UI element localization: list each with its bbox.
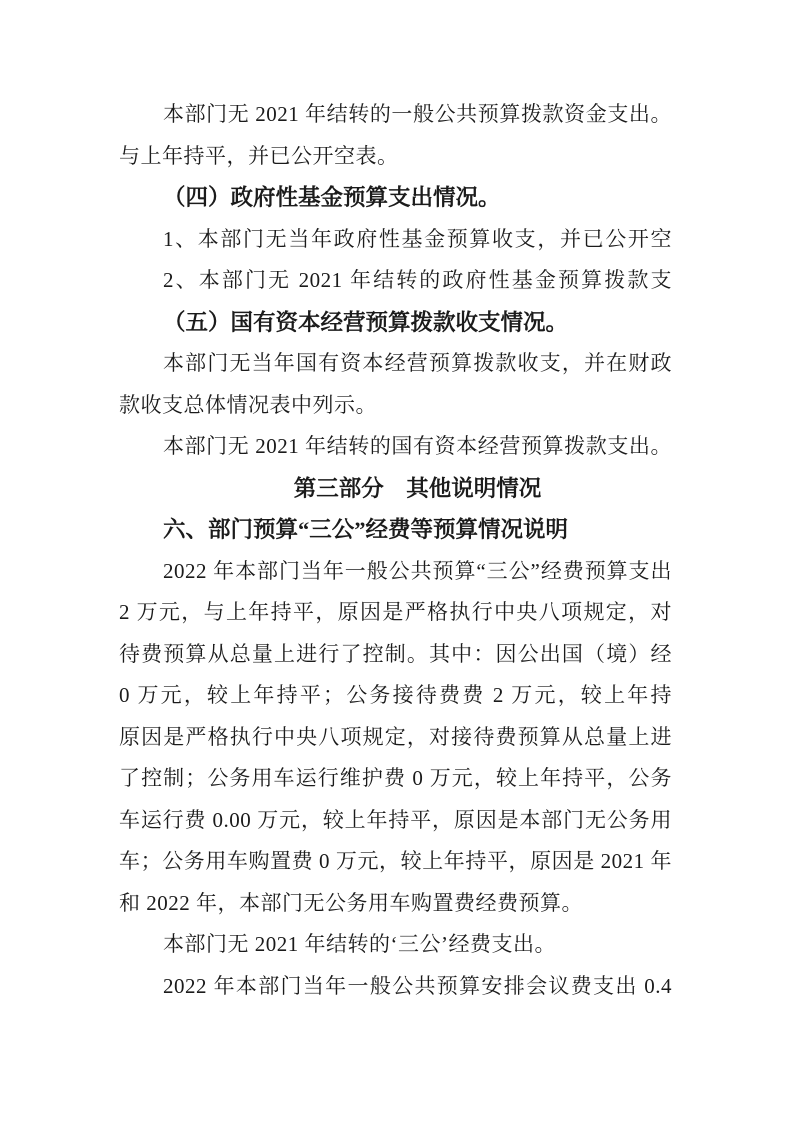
body-line: 和 2022 年，本部门无公务用车购置费经费预算。	[119, 883, 672, 925]
body-line: 2、本部门无 2021 年结转的政府性基金预算拨款支出。	[119, 260, 672, 302]
document-page: 本部门无 2021 年结转的一般公共预算拨款资金支出。 与上年持平，并已公开空表…	[0, 0, 793, 1122]
body-line: 车；公务用车购置费 0 万元，较上年持平，原因是 2021 年	[119, 841, 672, 883]
body-line: 2022 年本部门当年一般公共预算安排会议费支出 0.4	[119, 966, 672, 1008]
body-line: 2022 年本部门当年一般公共预算“三公”经费预算支出	[119, 551, 672, 593]
section-heading-6: 六、部门预算“三公”经费等预算情况说明	[119, 509, 672, 551]
body-line: 与上年持平，并已公开空表。	[119, 136, 672, 178]
section-heading-4: （四）政府性基金预算支出情况。	[119, 177, 672, 219]
body-line: 了控制；公务用车运行维护费 0 万元，较上年持平，公务用	[119, 758, 672, 800]
document-text-block: 本部门无 2021 年结转的一般公共预算拨款资金支出。 与上年持平，并已公开空表…	[119, 94, 672, 1007]
body-line: 原因是严格执行中央八项规定，对接待费预算从总量上进行	[119, 717, 672, 759]
body-line: 本部门无当年国有资本经营预算拨款收支，并在财政拨	[119, 343, 672, 385]
body-line: 本部门无 2021 年结转的国有资本经营预算拨款支出。	[119, 426, 672, 468]
body-line: 车运行费 0.00 万元，较上年持平，原因是本部门无公务用	[119, 800, 672, 842]
body-line: 1、本部门无当年政府性基金预算收支，并已公开空表。	[119, 219, 672, 261]
part-three-title: 第三部分 其他说明情况	[119, 468, 672, 510]
body-line: 本部门无 2021 年结转的一般公共预算拨款资金支出。	[119, 94, 672, 136]
body-line: 0 万元，较上年持平；公务接待费费 2 万元，较上年持平，	[119, 675, 672, 717]
section-heading-5: （五）国有资本经营预算拨款收支情况。	[119, 302, 672, 344]
body-line: 款收支总体情况表中列示。	[119, 385, 672, 427]
body-line: 待费预算从总量上进行了控制。其中：因公出国（境）经费	[119, 634, 672, 676]
body-line: 本部门无 2021 年结转的‘三公’经费支出。	[119, 924, 672, 966]
body-line: 2 万元，与上年持平，原因是严格执行中央八项规定，对接	[119, 592, 672, 634]
